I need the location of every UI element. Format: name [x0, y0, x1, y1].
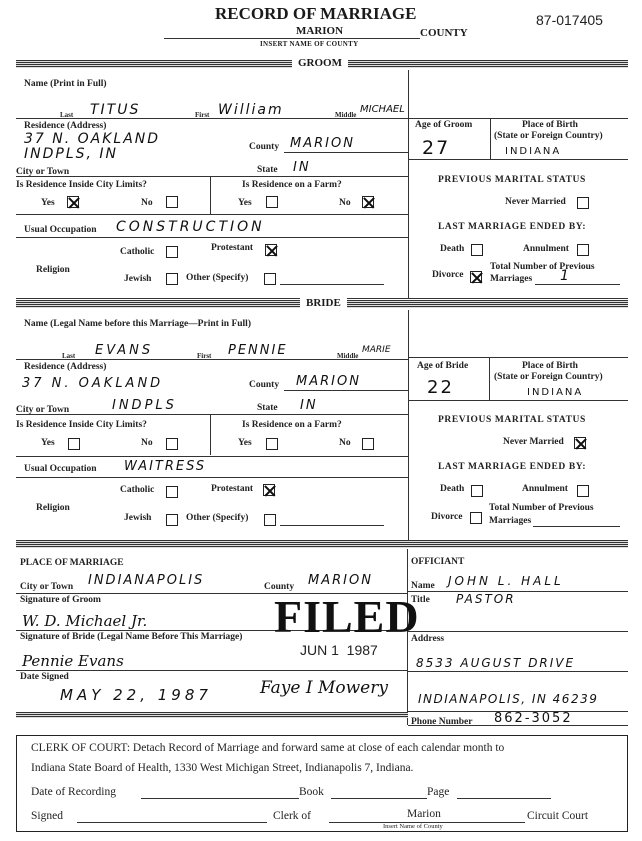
- bride-city-limits-yes-label: Yes: [41, 438, 55, 448]
- groom-death-checkbox[interactable]: [471, 244, 483, 256]
- book-field[interactable]: [331, 798, 427, 799]
- officiant-name-label: Name: [411, 581, 435, 591]
- bride-county-line: [284, 390, 408, 391]
- groom-city-limits-yes-label: Yes: [41, 198, 55, 208]
- bride-death-checkbox[interactable]: [471, 485, 483, 497]
- bride-last-name[interactable]: EVANS: [95, 343, 153, 358]
- officiant-phone-line: [408, 725, 628, 726]
- groom-protestant-checkbox[interactable]: [265, 244, 277, 256]
- bride-county-label: County: [249, 380, 279, 390]
- groom-divider: [408, 70, 409, 298]
- clerk-county: Marion: [407, 808, 441, 820]
- groom-never-married-checkbox[interactable]: [577, 197, 589, 209]
- bride-other-line: [280, 525, 384, 526]
- filed-stamp: FILED: [274, 590, 420, 643]
- groom-age[interactable]: 27: [422, 137, 450, 159]
- groom-other-label: Other (Specify): [186, 273, 248, 283]
- groom-residence-line2[interactable]: INDPLS, IN: [24, 146, 118, 162]
- groom-county[interactable]: MARION: [290, 136, 355, 151]
- bride-annulment-label: Annulment: [522, 484, 568, 494]
- groom-farm-yes-label: Yes: [238, 198, 252, 208]
- bride-religion-label: Religion: [36, 503, 70, 513]
- officiant-address-label: Address: [411, 634, 444, 644]
- groom-age-divider: [490, 119, 491, 159]
- bride-divider: [408, 310, 409, 540]
- groom-prev-count-label-1: Total Number of Previous: [490, 262, 595, 272]
- bride-never-married-checkbox[interactable]: [574, 437, 586, 449]
- page-field[interactable]: [457, 798, 551, 799]
- groom-farm-yes-checkbox[interactable]: [266, 196, 278, 208]
- groom-city-limits-no-label: No: [141, 198, 153, 208]
- date-signed-label: Date Signed: [20, 672, 69, 682]
- groom-city-limits-no-checkbox[interactable]: [166, 196, 178, 208]
- officiant-title: OFFICIANT: [411, 557, 464, 567]
- bride-catholic-checkbox[interactable]: [166, 486, 178, 498]
- officiant-signature[interactable]: Faye I Mowery: [260, 678, 388, 698]
- bride-birth-place[interactable]: INDIANA: [527, 387, 583, 398]
- bride-prev-count-line: [533, 526, 620, 527]
- bride-protestant-checkbox[interactable]: [263, 484, 275, 496]
- groom-catholic-label: Catholic: [120, 247, 154, 257]
- officiant-name[interactable]: JOHN L. HALL: [448, 574, 564, 588]
- groom-protestant-label: Protestant: [211, 243, 253, 253]
- bride-marital-title: PREVIOUS MARITAL STATUS: [438, 415, 586, 425]
- place-county[interactable]: MARION: [308, 573, 373, 588]
- bride-city-limits-label: Is Residence Inside City Limits?: [16, 420, 147, 430]
- groom-other-line: [280, 284, 384, 285]
- officiant-name-line: [408, 591, 628, 592]
- groom-catholic-checkbox[interactable]: [166, 246, 178, 258]
- bride-name-label: Name (Legal Name before this Marriage—Pr…: [24, 319, 251, 329]
- groom-occupation-label: Usual Occupation: [24, 225, 97, 235]
- groom-prev-count-label-2: Marriages: [490, 274, 532, 284]
- bride-farm-yes-checkbox[interactable]: [266, 438, 278, 450]
- groom-farm-label: Is Residence on a Farm?: [242, 180, 342, 190]
- bride-divorce-checkbox[interactable]: [470, 512, 482, 524]
- place-city-label: City or Town: [20, 582, 73, 592]
- bride-signature[interactable]: Pennie Evans: [22, 652, 124, 670]
- bride-city[interactable]: INDPLS: [112, 398, 177, 413]
- bride-prev-count-label-2: Marriages: [489, 516, 531, 526]
- bride-state[interactable]: IN: [300, 398, 318, 413]
- groom-limits-line: [16, 214, 408, 215]
- groom-residence-line1[interactable]: 37 N. OAKLAND: [24, 131, 160, 147]
- place-band: [16, 540, 628, 548]
- groom-signature[interactable]: W. D. Michael Jr.: [22, 612, 147, 630]
- groom-death-label: Death: [440, 244, 464, 254]
- bride-county[interactable]: MARION: [296, 374, 361, 389]
- bride-jewish-label: Jewish: [124, 513, 151, 523]
- groom-never-married-label: Never Married: [505, 197, 566, 207]
- form-title: RECORD OF MARRIAGE: [215, 4, 416, 24]
- officiant-title-label: Title: [411, 595, 430, 605]
- date-of-recording-label: Date of Recording: [31, 786, 116, 798]
- bride-farm-yes-label: Yes: [238, 438, 252, 448]
- groom-ended-title: LAST MARRIAGE ENDED BY:: [438, 222, 586, 232]
- groom-age-label: Age of Groom: [415, 120, 472, 130]
- groom-first-name[interactable]: William: [218, 102, 284, 118]
- bride-section-title: BRIDE: [300, 297, 347, 309]
- clerk-county-hint: Insert Name of County: [383, 823, 443, 830]
- bride-farm-no-label: No: [339, 438, 351, 448]
- groom-residence-label: Residence (Address): [24, 121, 106, 131]
- book-label: Book: [299, 786, 324, 798]
- groom-annulment-checkbox[interactable]: [577, 244, 589, 256]
- bride-occupation-line: [16, 477, 408, 478]
- groom-birth-label-1: Place of Birth: [522, 120, 578, 130]
- groom-occupation[interactable]: CONSTRUCTION: [116, 219, 265, 235]
- bride-other-label: Other (Specify): [186, 513, 248, 523]
- groom-city-limits-label: Is Residence Inside City Limits?: [16, 180, 147, 190]
- bride-protestant-label: Protestant: [211, 484, 253, 494]
- groom-divorce-label: Divorce: [432, 270, 463, 280]
- bride-never-married-label: Never Married: [503, 437, 564, 447]
- page-label: Page: [427, 786, 449, 798]
- bride-farm-label: Is Residence on a Farm?: [242, 420, 342, 430]
- groom-birth-place[interactable]: INDIANA: [505, 146, 561, 157]
- bride-signature-line: [16, 670, 408, 671]
- bride-other-checkbox[interactable]: [264, 514, 276, 526]
- groom-signature-label: Signature of Groom: [20, 595, 101, 605]
- bride-occupation[interactable]: WAITRESS: [124, 459, 206, 474]
- groom-farm-no-checkbox[interactable]: [362, 196, 374, 208]
- filed-stamp-date: JUN 1 1987: [300, 642, 378, 658]
- groom-farm-divider: [210, 177, 211, 214]
- bride-limits-line: [16, 456, 408, 457]
- groom-marital-title: PREVIOUS MARITAL STATUS: [438, 175, 586, 185]
- groom-religion-label: Religion: [36, 265, 70, 275]
- bride-city-limits-no-checkbox[interactable]: [166, 438, 178, 450]
- bride-divorce-label: Divorce: [431, 512, 462, 522]
- groom-county-line: [284, 152, 408, 153]
- bride-farm-divider: [210, 415, 211, 455]
- bride-farm-no-checkbox[interactable]: [362, 438, 374, 450]
- bride-death-label: Death: [440, 484, 464, 494]
- header-county-value: MARION: [296, 25, 343, 37]
- circuit-court-label: Circuit Court: [527, 810, 588, 822]
- clerk-instructions-line2: Indiana State Board of Health, 1330 West…: [31, 762, 413, 774]
- groom-city-line: [16, 176, 408, 177]
- place-bottom-band: [16, 712, 408, 718]
- groom-name-label: Name (Print in Full): [24, 79, 107, 89]
- groom-prev-count-line: [535, 284, 620, 285]
- groom-annulment-label: Annulment: [523, 244, 569, 254]
- bride-band: BRIDE: [16, 300, 628, 308]
- groom-jewish-label: Jewish: [124, 274, 151, 284]
- bride-first-name[interactable]: PENNIE: [228, 343, 288, 358]
- bride-annulment-checkbox[interactable]: [577, 485, 589, 497]
- bride-catholic-label: Catholic: [120, 485, 154, 495]
- bride-city-line: [16, 414, 408, 415]
- officiant-phone[interactable]: 862-3052: [494, 711, 573, 726]
- officiant-address-line2[interactable]: INDIANAPOLIS, IN 46239: [418, 692, 598, 706]
- header-county-hint: INSERT NAME OF COUNTY: [260, 40, 358, 48]
- bride-name-line: [16, 359, 408, 360]
- groom-occupation-line: [16, 237, 408, 238]
- bride-age-line: [408, 400, 628, 401]
- groom-last-name[interactable]: TITUS: [90, 102, 140, 118]
- groom-divorce-checkbox[interactable]: [470, 271, 482, 283]
- bride-prev-count-label-1: Total Number of Previous: [489, 503, 594, 513]
- record-number: 87-017405: [536, 12, 603, 28]
- date-signed[interactable]: MAY 22, 1987: [60, 686, 212, 704]
- place-title: PLACE OF MARRIAGE: [20, 558, 124, 568]
- bride-middle-name[interactable]: MARIE: [362, 345, 391, 355]
- bride-age-divider: [489, 358, 490, 400]
- groom-name-line: [16, 118, 628, 119]
- clerk-of-court-box: CLERK OF COURT: Detach Record of Marriag…: [16, 735, 628, 832]
- signed-field[interactable]: [77, 822, 267, 823]
- officiant-title-line: [408, 631, 628, 632]
- officiant-address-line1[interactable]: 8533 AUGUST DRIVE: [416, 656, 575, 670]
- groom-other-checkbox[interactable]: [264, 273, 276, 285]
- groom-farm-no-label: No: [339, 198, 351, 208]
- bride-age[interactable]: 22: [427, 377, 454, 398]
- bride-age-label: Age of Bride: [417, 361, 468, 371]
- header-county-label: COUNTY: [420, 27, 468, 39]
- bride-state-label: State: [257, 403, 278, 413]
- groom-band: GROOM: [16, 60, 628, 68]
- groom-city-limits-yes-checkbox[interactable]: [67, 196, 79, 208]
- bride-birth-label-2: (State or Foreign Country): [494, 372, 603, 382]
- bride-city-limits-yes-checkbox[interactable]: [68, 438, 80, 450]
- bride-occupation-label: Usual Occupation: [24, 464, 97, 474]
- groom-county-label: County: [249, 142, 279, 152]
- date-of-recording-field[interactable]: [141, 798, 299, 799]
- groom-state-label: State: [257, 165, 278, 175]
- bride-signature-label: Signature of Bride (Legal Name Before Th…: [20, 632, 242, 642]
- groom-prev-count[interactable]: 1: [560, 268, 571, 284]
- header-county-line: [164, 38, 420, 39]
- groom-age-line: [408, 159, 628, 160]
- bride-residence-line1[interactable]: 37 N. OAKLAND: [22, 376, 163, 391]
- officiant-title-value[interactable]: PASTOR: [456, 592, 516, 606]
- place-city[interactable]: INDIANAPOLIS: [88, 573, 204, 588]
- bride-birth-label-1: Place of Birth: [522, 361, 578, 371]
- bride-jewish-checkbox[interactable]: [166, 514, 178, 526]
- bride-ended-title: LAST MARRIAGE ENDED BY:: [438, 462, 586, 472]
- signed-label: Signed: [31, 810, 63, 822]
- groom-birth-label-2: (State or Foreign Country): [494, 131, 603, 141]
- groom-section-title: GROOM: [292, 57, 348, 69]
- bride-city-limits-no-label: No: [141, 438, 153, 448]
- groom-state[interactable]: IN: [293, 160, 311, 175]
- bride-age-top-line: [408, 357, 628, 358]
- groom-jewish-checkbox[interactable]: [166, 273, 178, 285]
- officiant-address-line: [408, 671, 628, 672]
- groom-middle-name[interactable]: MICHAEL: [360, 104, 405, 115]
- clerk-instructions-line1: CLERK OF COURT: Detach Record of Marriag…: [31, 742, 504, 754]
- bride-residence-label: Residence (Address): [24, 362, 106, 372]
- clerk-of-label: Clerk of: [273, 810, 311, 822]
